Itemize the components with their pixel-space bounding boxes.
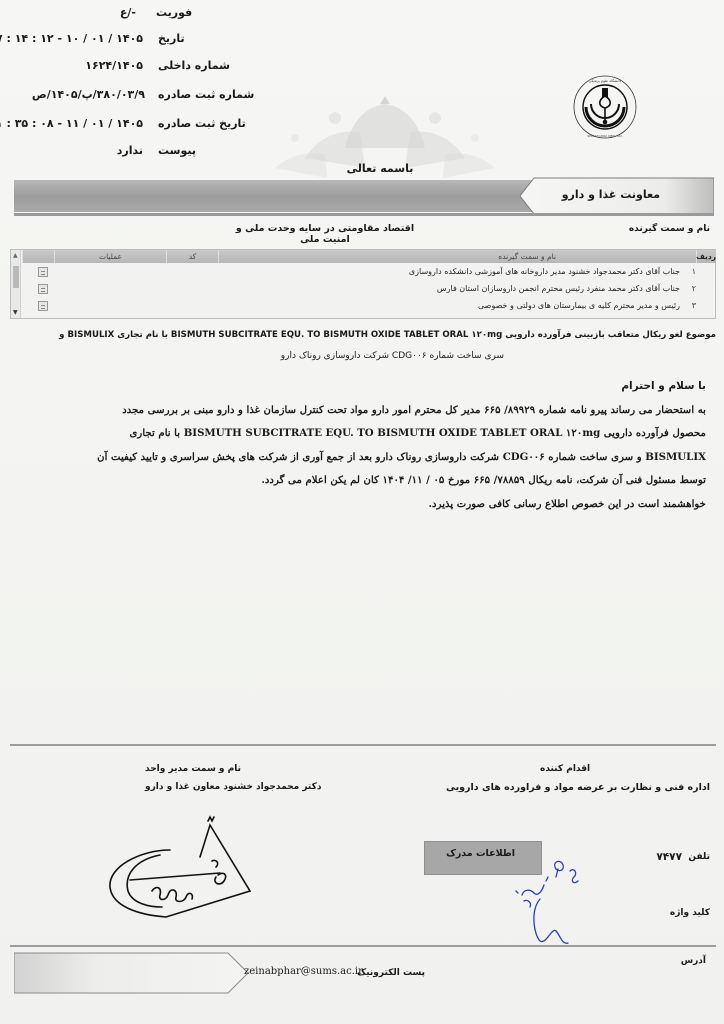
outgoing-number-label: شماره ثبت صادره: [158, 88, 254, 101]
internal-number-label: شماره داخلی: [158, 59, 230, 72]
body-line-4: توسط مسئول فنی آن شرکت، نامه ریکال ۷۸۸۵۹…: [40, 469, 706, 493]
letter-body: با سلام و احترام به استحضار می رساند پیر…: [40, 375, 706, 516]
manager-label: نام و سمت مدیر واحد: [145, 764, 241, 774]
row-action-icon[interactable]: [38, 267, 48, 277]
internal-number-value: ۱۶۲۴/۱۴۰۵: [85, 59, 143, 72]
department-name: معاونت غذا و دارو: [540, 188, 660, 201]
email-value[interactable]: zeinabphar@sums.ac.ir: [244, 966, 363, 977]
col-name: نام و سمت گیرنده: [218, 250, 696, 263]
subject-line-2: سری ساخت شماره CDG۰۰۶ شرکت داروسازی رونا…: [281, 351, 504, 361]
address-label: آدرس: [681, 956, 706, 966]
action-by-label: اقدام کننده: [540, 764, 590, 774]
col-code: کد: [166, 250, 218, 263]
action-by-value: اداره فنی و نظارت بر عرضه مواد و فراورده…: [446, 782, 710, 793]
phone-label: تلفن: [688, 852, 710, 862]
letter-page: فوریت -/ع تاریخ ۱۴۰۵ / ۰۱ / ۱۰ - ۱۲ : ۱۴…: [0, 0, 724, 1024]
ribbon-divider: [14, 213, 714, 216]
table-header: عملیات کد نام و سمت گیرنده ردیف: [22, 250, 716, 263]
table-scrollbar[interactable]: ▲ ▼: [11, 250, 21, 318]
body-line-2: محصول فرآورده دارویی BISMUTH SUBCITRATE …: [40, 422, 706, 446]
date-label: تاریخ: [158, 32, 185, 45]
attachment-label: پیوست: [158, 144, 196, 157]
subject-line-1: موضوع لغو ریکال متعاقب بازبینی فرآورده د…: [10, 330, 716, 340]
signature-seal-icon: [100, 815, 260, 935]
manager-value: دکتر محمدجواد خشنود معاون غذا و دارو: [145, 782, 321, 792]
col-row: ردیف: [696, 250, 716, 263]
keyword-label: کلید واژه: [670, 908, 710, 918]
col-blank: [22, 250, 54, 263]
attachment-value: ندارد: [117, 144, 143, 157]
table-row[interactable]: رئیس و مدیر محترم کلیه ی بیمارستان های د…: [22, 299, 716, 315]
basmala-heading: باسمه تعالی: [320, 162, 440, 175]
meta-outgoing-date: تاریخ ثبت صادره ۱۴۰۵ / ۰۱ / ۱۱ - ۰۸ : ۳۵…: [0, 117, 260, 133]
row-action-icon[interactable]: [38, 284, 48, 294]
footer-divider-bottom: [10, 945, 716, 947]
university-logo-icon: دانشگاه علوم پزشکی SHIRAZ UNIV. MED. SCI…: [572, 74, 638, 140]
body-line-3: BISMULIX و سری ساخت شماره CDG۰۰۶ شرکت دا…: [40, 446, 706, 470]
svg-text:دانشگاه علوم پزشکی: دانشگاه علوم پزشکی: [589, 78, 622, 84]
meta-outgoing-number: شماره ثبت صادره ۳۸۰/۰۳/۹/پ/۱۴۰۵/ص: [0, 88, 260, 104]
footer-divider-top: [10, 744, 716, 746]
recipient-name: جناب آقای دکتر محمد منفرد رئیس محترم انج…: [437, 284, 680, 293]
phone-value: ۷۴۷۷: [656, 851, 682, 863]
meta-attachment: پیوست ندارد: [0, 144, 260, 160]
row-number: ۲: [692, 284, 696, 293]
scroll-up-icon[interactable]: ▲: [13, 252, 18, 259]
handwritten-note-icon: [500, 855, 590, 950]
urgency-value: -/ع: [120, 6, 136, 19]
table-row[interactable]: جناب آقای دکتر محمد منفرد رئیس محترم انج…: [22, 282, 716, 298]
row-action-icon[interactable]: [38, 301, 48, 311]
table-row[interactable]: جناب آقای دکتر محمدجواد خشنود مدیر داروخ…: [22, 265, 716, 281]
row-number: ۱: [692, 267, 696, 276]
outgoing-date-label: تاریخ ثبت صادره: [158, 117, 246, 130]
body-line-5: خواهشمند است در این خصوص اطلاع رسانی کاف…: [40, 493, 706, 517]
row-number: ۳: [692, 301, 696, 310]
urgency-label: فوریت: [156, 6, 192, 19]
slogan-text: اقتصاد مقاومتی در سایه وحدت ملی و امنیت …: [230, 223, 420, 245]
recipient-name: رئیس و مدیر محترم کلیه ی بیمارستان های د…: [478, 301, 680, 310]
svg-text:SHIRAZ UNIV. MED. SCI.: SHIRAZ UNIV. MED. SCI.: [587, 134, 623, 138]
scroll-down-icon[interactable]: ▼: [13, 309, 18, 316]
meta-date: تاریخ ۱۴۰۵ / ۰۱ / ۱۰ - ۱۲ : ۱۴ : ۵۷: [0, 32, 260, 48]
email-label: پست الکترونیک: [357, 968, 425, 978]
body-line-1: به استحضار می رساند پیرو نامه شماره ۸۹۹۲…: [40, 399, 706, 423]
outgoing-date-value: ۱۴۰۵ / ۰۱ / ۱۱ - ۰۸ : ۳۵ : ۱۱: [0, 117, 143, 130]
outgoing-number-value: ۳۸۰/۰۳/۹/پ/۱۴۰۵/ص: [32, 88, 145, 101]
scrollbar-thumb[interactable]: [13, 266, 19, 288]
recipients-table: ▲ ▼ عملیات کد نام و سمت گیرنده ردیف جناب…: [10, 249, 716, 319]
recipient-name: جناب آقای دکتر محمدجواد خشنود مدیر داروخ…: [409, 267, 680, 276]
col-ops: عملیات: [54, 250, 166, 263]
recipient-label: نام و سمت گیرنده: [629, 224, 710, 234]
greeting: با سلام و احترام: [40, 375, 706, 399]
date-value: ۱۴۰۵ / ۰۱ / ۱۰ - ۱۲ : ۱۴ : ۵۷: [0, 32, 143, 45]
meta-urgency: فوریت -/ع: [0, 6, 260, 22]
email-box-shape: [14, 952, 250, 994]
meta-internal-number: شماره داخلی ۱۶۲۴/۱۴۰۵: [0, 59, 260, 75]
